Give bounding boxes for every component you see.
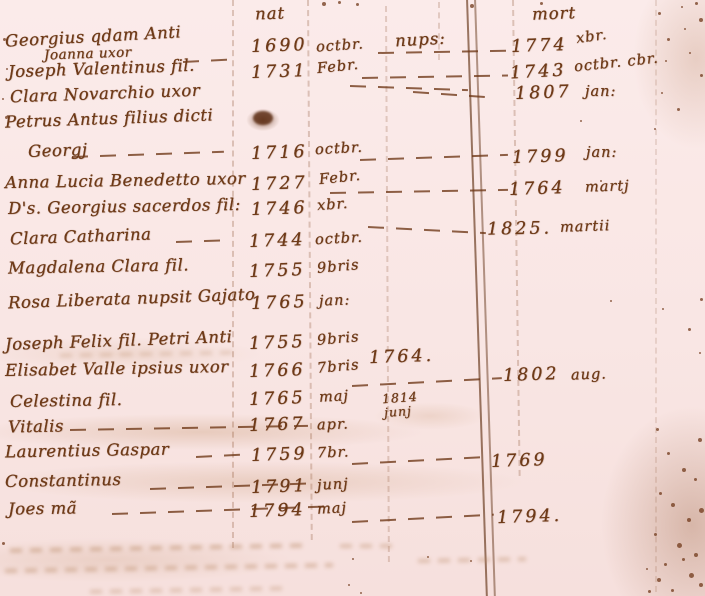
paper-speck [698,438,702,442]
entry-mort-month: martj [585,178,630,196]
bleed-through-writing [10,543,308,552]
paper-speck [580,120,582,122]
paper-speck [540,2,543,5]
paper-speck [667,452,670,455]
entry-nat-month: Febr. [316,57,360,77]
paper-speck [658,12,661,15]
entry-nat-month: junj [317,476,349,494]
entry-name: Joseph Valentinus fil. [8,56,195,82]
paper-speck [677,108,680,111]
paper-speck [648,590,651,593]
column-rule-dashed [232,0,234,548]
entry-nat-year: 1759 [251,444,308,466]
paper-speck [700,298,703,301]
entry-nat-month: octbr. [316,36,365,55]
entry-mort-year: 1802 [503,364,560,386]
paper-speck [657,578,661,582]
paper-speck [348,584,350,586]
paper-speck [699,18,703,22]
entry-mort-month: xbr. [575,27,608,47]
paper-speck [338,1,341,4]
paper-speck [671,503,675,507]
entry-nups-month: junj [384,403,413,420]
entry-nat-month: 7bris [316,357,360,377]
entry-nat-month: maj [317,500,348,518]
entry-nat-year: 1765 [251,292,308,314]
paper-speck [694,478,697,481]
entry-name: Clara Catharina [10,225,152,249]
dash-leader [352,456,484,465]
paper-speck [662,308,664,310]
bleed-through-writing [418,557,526,563]
entry-nat-month: 9bris [316,257,360,277]
entry-name: Anna Lucia Benedetto uxor [5,169,246,192]
dash-leader [350,85,468,91]
entry-nat-year: 1791 [251,476,308,498]
paper-speck [699,508,704,513]
entry-nat-month: Febr. [318,168,362,188]
entry-name: Clara Novarchio uxor [10,81,201,107]
paper-speck [656,428,659,431]
entry-mort-year: 1825. [487,218,552,239]
entry-name: Petrus Antus filius dicti [5,105,214,131]
entry-name: Celestina fil. [10,390,123,411]
paper-speck [664,563,667,566]
entry-nat-year: 1716 [251,142,308,164]
entry-mort-month: martii [560,218,611,236]
dash-leader [413,91,485,98]
dash-leader [352,514,494,523]
paper-speck [3,38,6,41]
entry-mort-month: jan: [586,145,617,161]
bleed-through-writing [5,563,333,573]
paper-speck [677,543,682,548]
paper-speck [427,556,429,558]
entry-nat-year: 1731 [251,61,308,83]
paper-speck [689,52,691,54]
paper-speck [682,558,685,561]
entry-name: Laurentius Gaspar [5,440,170,462]
entry-nat-month: apr. [317,416,349,433]
paper-speck [671,589,674,592]
entry-mort-year: 1794. [497,506,563,528]
dash-leader [378,50,506,54]
paper-speck [360,592,362,594]
paper-speck [322,2,326,6]
bleed-through-writing [340,544,398,548]
entry-nat-year: 1755 [249,332,306,354]
entry-nat-year: 1755 [249,260,306,282]
entry-name: Constantinus [5,470,122,491]
entry-mort-year: 1769 [491,450,548,472]
paper-speck [659,492,662,495]
paper-speck [654,128,656,130]
dash-leader [360,154,508,161]
paper-speck [699,352,701,354]
column-rule-dashed [655,0,657,592]
entry-nups-year: 1764. [369,346,435,368]
paper-speck [665,60,667,62]
entry-nat-month: maj [319,388,350,406]
paper-speck [654,533,657,536]
manuscript-page: nat nups: mort Georgius qdam AntiJoanna … [0,0,705,596]
dash-leader [362,74,508,79]
paper-speck [688,328,691,331]
entry-nat-month: 7br. [317,444,350,461]
entry-nat-month: octbr. [315,230,364,248]
entry-mort-year: 1743 [510,61,568,84]
entry-nat-year: 1744 [249,230,306,252]
paper-speck [681,6,683,8]
entry-nat-year: 1690 [251,35,308,57]
entry-nat-year: 1746 [251,198,308,220]
paper-speck [695,2,698,5]
paper-speck [682,468,686,472]
entry-nat-month: xbr. [316,196,348,214]
paper-speck [600,180,602,182]
paper-speck [470,4,474,8]
entry-nat-year: 1794 [249,500,306,522]
paper-speck [5,116,8,119]
paper-speck [661,92,663,94]
bleed-through-writing [90,586,290,593]
entry-mort-month: jan: [585,84,616,100]
entry-name: Elisabet Valle ipsius uxor [5,357,229,380]
column-header-mort: mort [532,3,577,24]
paper-speck [6,68,8,70]
paper-speck [689,573,694,578]
entry-mort-year: 1799 [512,146,569,168]
paper-speck [667,38,670,41]
entry-name: Vitalis [8,417,64,437]
paper-speck [694,553,698,557]
paper-speck [699,583,703,587]
entry-mort-year: 1807 [515,82,572,104]
entry-nat-year: 1766 [249,360,306,382]
entry-nat-month: jan: [319,292,351,309]
paper-speck [646,568,648,570]
entry-name: Rosa Liberata nupsit Gajato [8,285,256,313]
paper-speck [610,300,612,302]
entry-name: Magdalena Clara fil. [8,255,189,277]
paper-speck [356,3,359,6]
entry-mort-month: aug. [571,366,607,383]
entry-nat-month: 9bris [316,329,360,349]
entry-nat-month: octbr. [315,140,364,158]
entry-nat-year: 1765 [249,388,306,410]
entry-name: Joes mã [8,498,77,518]
entry-mort-month: octbr. cbr. [573,51,659,76]
dash-leader [72,151,224,158]
paper-speck [700,74,703,77]
entry-name: Joseph Felix fil. Petri Anti [5,327,233,354]
paper-speck [352,558,354,560]
paper-speck [2,98,4,100]
paper-speck [684,28,686,30]
entry-nat-year: 1727 [251,173,308,195]
entry-mort-year: 1764 [509,178,566,200]
paper-speck [2,542,5,545]
column-header-nat: nat [255,3,286,23]
entry-mort-year: 1774 [511,35,568,57]
entry-name: Georgj [28,140,88,161]
column-rule-dashed [385,6,390,562]
dash-leader [176,239,224,243]
paper-speck [687,518,691,522]
ink-blot [253,111,273,125]
entry-name: D's. Georgius sacerdos fil: [8,195,241,218]
